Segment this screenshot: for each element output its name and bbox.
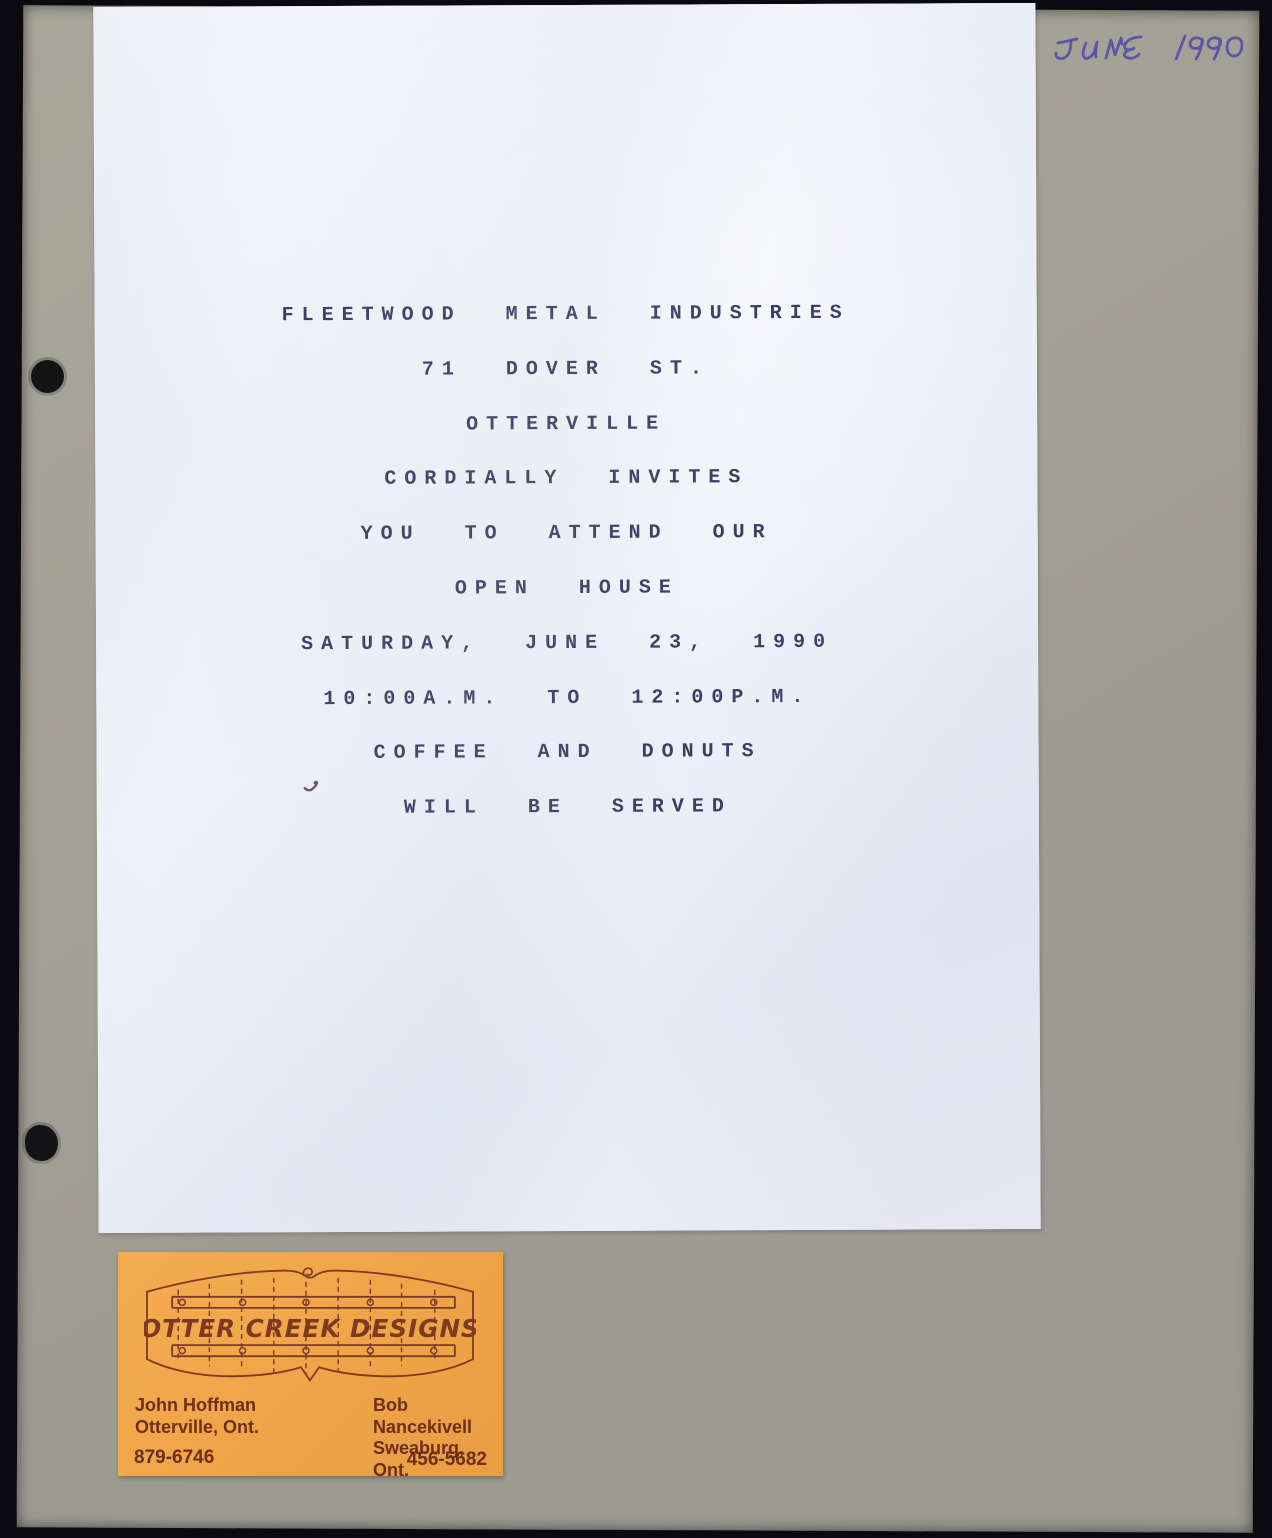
invitation-line: 71 DOVER ST. [95,341,1037,400]
invitation-line: OTTERVILLE [95,396,1037,455]
business-card: OTTER CREEK DESIGNS John Hoffman Ottervi… [118,1252,503,1476]
invitation-paper: FLEETWOOD METAL INDUSTRIES 71 DOVER ST. … [93,3,1040,1233]
phone-john-hoffman: 879-6746 [134,1447,214,1469]
invitation-line: CORDIALLY INVITES [95,450,1037,509]
invitation-line: WILL BE SERVED [97,779,1039,838]
handwritten-date-june-1990 [1048,26,1250,86]
invitation-text-block: FLEETWOOD METAL INDUSTRIES 71 DOVER ST. … [95,286,1039,838]
invitation-line: SATURDAY, JUNE 23, 1990 [96,615,1038,674]
contact-location: Otterville, Ont. [135,1417,259,1439]
invitation-line: YOU TO ATTEND OUR [96,505,1038,564]
contact-name: Bob Nancekivell [373,1395,503,1438]
invitation-line: COFFEE AND DONUTS [96,724,1038,783]
business-card-company-name: OTTER CREEK DESIGNS [144,1314,476,1343]
invitation-line: FLEETWOOD METAL INDUSTRIES [95,286,1037,345]
ink-smudge [302,778,322,794]
contact-name: John Hoffman [135,1395,259,1417]
scanned-scrapbook-page: FLEETWOOD METAL INDUSTRIES 71 DOVER ST. … [0,0,1272,1538]
otter-creek-sign-logo: OTTER CREEK DESIGNS [144,1264,476,1386]
hole-punch-bottom [25,1125,58,1161]
phone-bob-nancekivell: 456-5682 [407,1449,487,1471]
invitation-line: 10:00A.M. TO 12:00P.M. [96,670,1038,729]
invitation-line: OPEN HOUSE [96,560,1038,619]
contact-john-hoffman: John Hoffman Otterville, Ont. [135,1395,259,1438]
hole-punch-top [31,360,64,393]
